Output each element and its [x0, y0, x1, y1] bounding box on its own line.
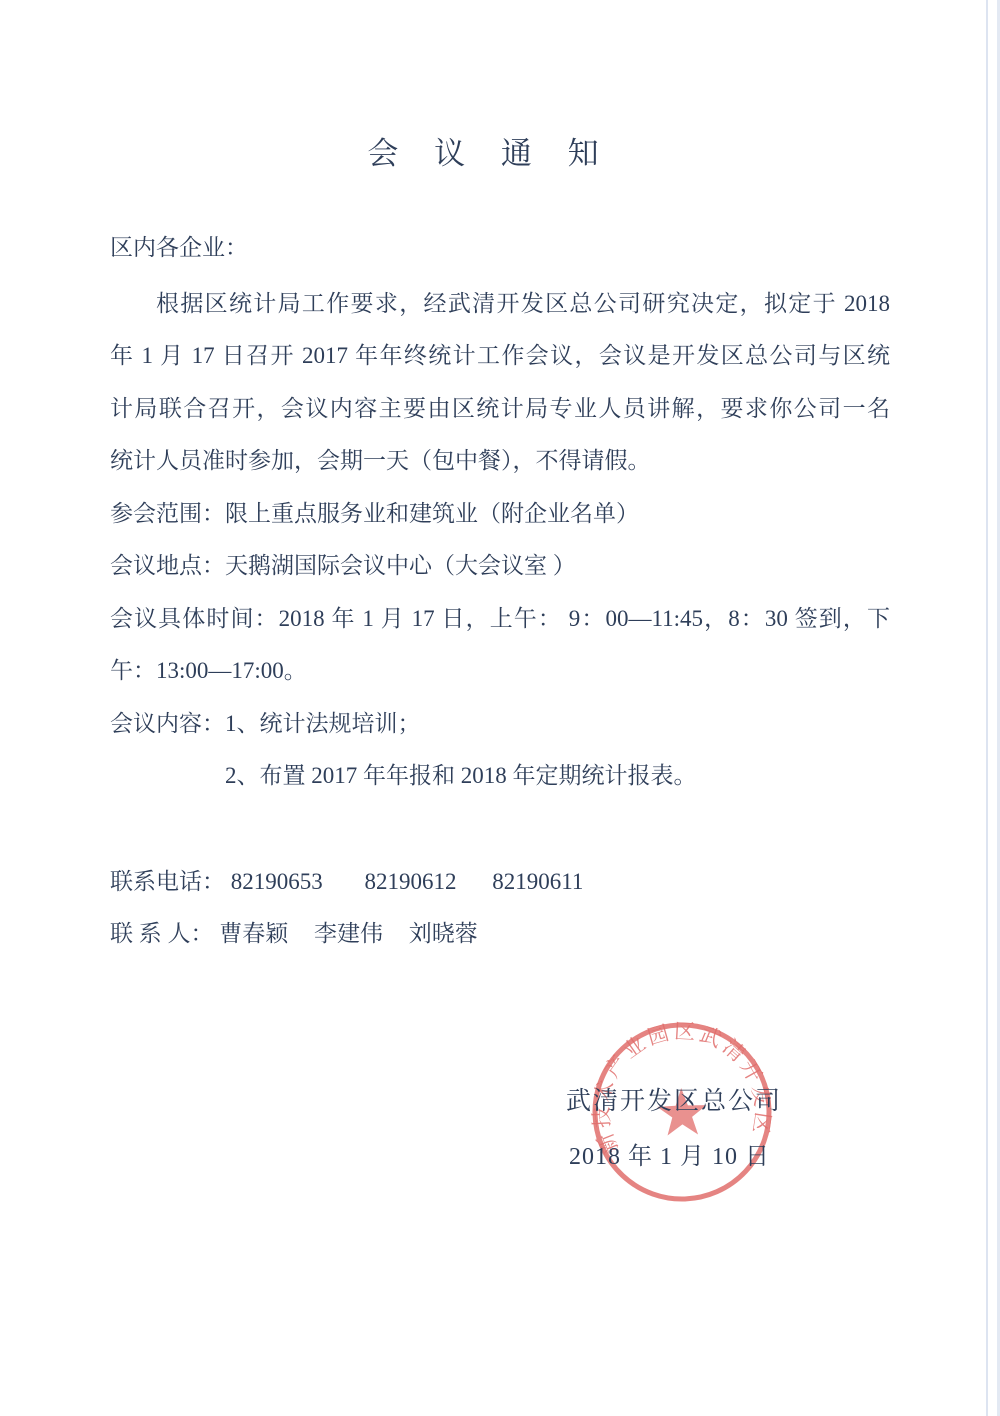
salutation-line: 区内各企业： [110, 234, 248, 262]
contact-block: 联系电话： 82190653 82190612 82190611 联 系 人： … [110, 856, 890, 961]
contact-person-line: 联 系 人： 曹春颖 李建伟 刘晓蓉 [110, 908, 890, 960]
contact-person-name: 刘晓蓉 [409, 921, 478, 946]
contact-phone-label: 联系电话： [110, 869, 225, 894]
document-body: 根据区统计局工作要求，经武清开发区总公司研究决定，拟定于 2018 年 1 月 … [110, 278, 890, 803]
contact-phone-line: 联系电话： 82190653 82190612 82190611 [110, 856, 890, 908]
body-line: 统计人员准时参加，会期一天（包中餐），不得请假。 [110, 435, 890, 487]
body-line: 根据区统计局工作要求，经武清开发区总公司研究决定，拟定于 2018 [110, 278, 890, 330]
signature-date: 2018 年 1 月 10 日 [569, 1136, 770, 1171]
contact-person-name: 曹春颖 [219, 921, 288, 946]
body-line: 年 1 月 17 日召开 2017 年年终统计工作会议，会议是开发区总公司与区统 [110, 330, 890, 382]
contact-phone-number: 82190612 [365, 869, 457, 894]
body-line: 会议具体时间：2018 年 1 月 17 日，上午： 9：00—11:45，8：… [110, 593, 890, 645]
body-line: 计局联合召开，会议内容主要由区统计局专业人员讲解，要求你公司一名 [110, 383, 890, 435]
body-line: 2、布置 2017 年年报和 2018 年定期统计报表。 [110, 750, 890, 802]
contact-phone-number: 82190611 [492, 869, 583, 894]
signature-company: 武清开发区总公司 [566, 1081, 782, 1117]
body-line: 午：13:00—17:00。 [110, 645, 890, 697]
body-line: 会议地点：天鹅湖国际会议中心（大会议室 ） [110, 540, 890, 592]
contact-person-label: 联 系 人： [110, 921, 214, 946]
scan-edge-artifact [986, 0, 988, 1416]
body-line: 参会范围：限上重点服务业和建筑业（附企业名单） [110, 488, 890, 540]
body-line: 会议内容：1、统计法规培训； [110, 698, 890, 750]
document-page: 会 议 通 知 区内各企业： 根据区统计局工作要求，经武清开发区总公司研究决定，… [0, 0, 1000, 1416]
contact-phone-number: 82190653 [231, 869, 323, 894]
contact-person-name: 李建伟 [314, 921, 383, 946]
document-title: 会 议 通 知 [0, 128, 980, 173]
